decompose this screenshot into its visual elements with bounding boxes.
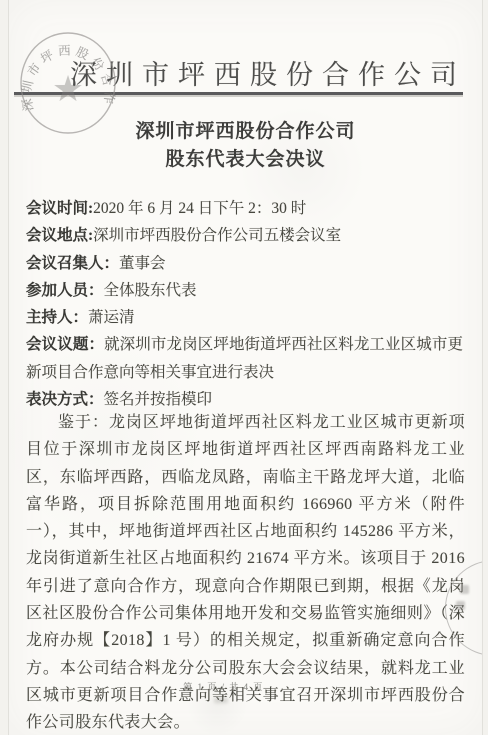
document-page: 深圳市坪西股份合作公司 深圳市坪西股份合作公司 ★ 深圳市坪西股份合作公司 股东… [8,0,483,735]
seal-smudge-mark [460,585,469,594]
meeting-host-value: 萧运清 [88,309,135,326]
meeting-time-row: 会议时间:2020 年 6 月 24 日下午 2：30 时 [26,195,463,222]
meeting-time-value: 2020 年 6 月 24 日下午 2：30 时 [93,200,306,217]
meeting-place-row: 会议地点:深圳市坪西股份合作公司五楼会议室 [26,222,463,249]
meeting-participants-label: 参加人员： [26,282,104,299]
meeting-place-value: 深圳市坪西股份合作公司五楼会议室 [93,227,341,244]
meeting-time-label: 会议时间: [26,200,93,217]
meeting-convener-label: 会议召集人： [26,255,119,272]
seal-smudge-mark [456,601,465,610]
meeting-topic-row: 会议议题：就深圳市龙岗区坪地街道坪西社区料龙工业区城市更新项目合作意向等相关事宜… [26,331,463,386]
meeting-info: 会议时间:2020 年 6 月 24 日下午 2：30 时 会议地点:深圳市坪西… [26,195,463,413]
scan-smudge [214,698,228,703]
seal-star-icon: ★ [52,69,84,109]
meeting-host-label: 主持人： [26,309,88,326]
meeting-convener-value: 董事会 [119,255,166,272]
letterhead-company-name: 深圳市坪西股份合作公司 [70,53,466,92]
meeting-participants-value: 全体股东代表 [104,282,197,299]
page-number-footer: 第 1 页 / 共 4 页 [9,680,482,693]
meeting-vote-method-label: 表决方式： [26,391,104,408]
document-title-line1: 深圳市坪西股份合作公司 [9,118,482,146]
meeting-participants-row: 参加人员：全体股东代表 [26,277,463,304]
meeting-convener-row: 会议召集人：董事会 [26,250,463,277]
document-title-line2: 股东代表大会决议 [9,146,482,174]
meeting-place-label: 会议地点: [26,227,93,244]
document-title: 深圳市坪西股份合作公司 股东代表大会决议 [9,118,482,174]
meeting-vote-method-value: 签名并按指模印 [104,391,213,408]
meeting-host-row: 主持人：萧运清 [26,304,463,331]
scanned-document: 深圳市坪西股份合作公司 深圳市坪西股份合作公司 ★ 深圳市坪西股份合作公司 股东… [0,0,488,735]
meeting-topic-label: 会议议题： [26,336,104,353]
